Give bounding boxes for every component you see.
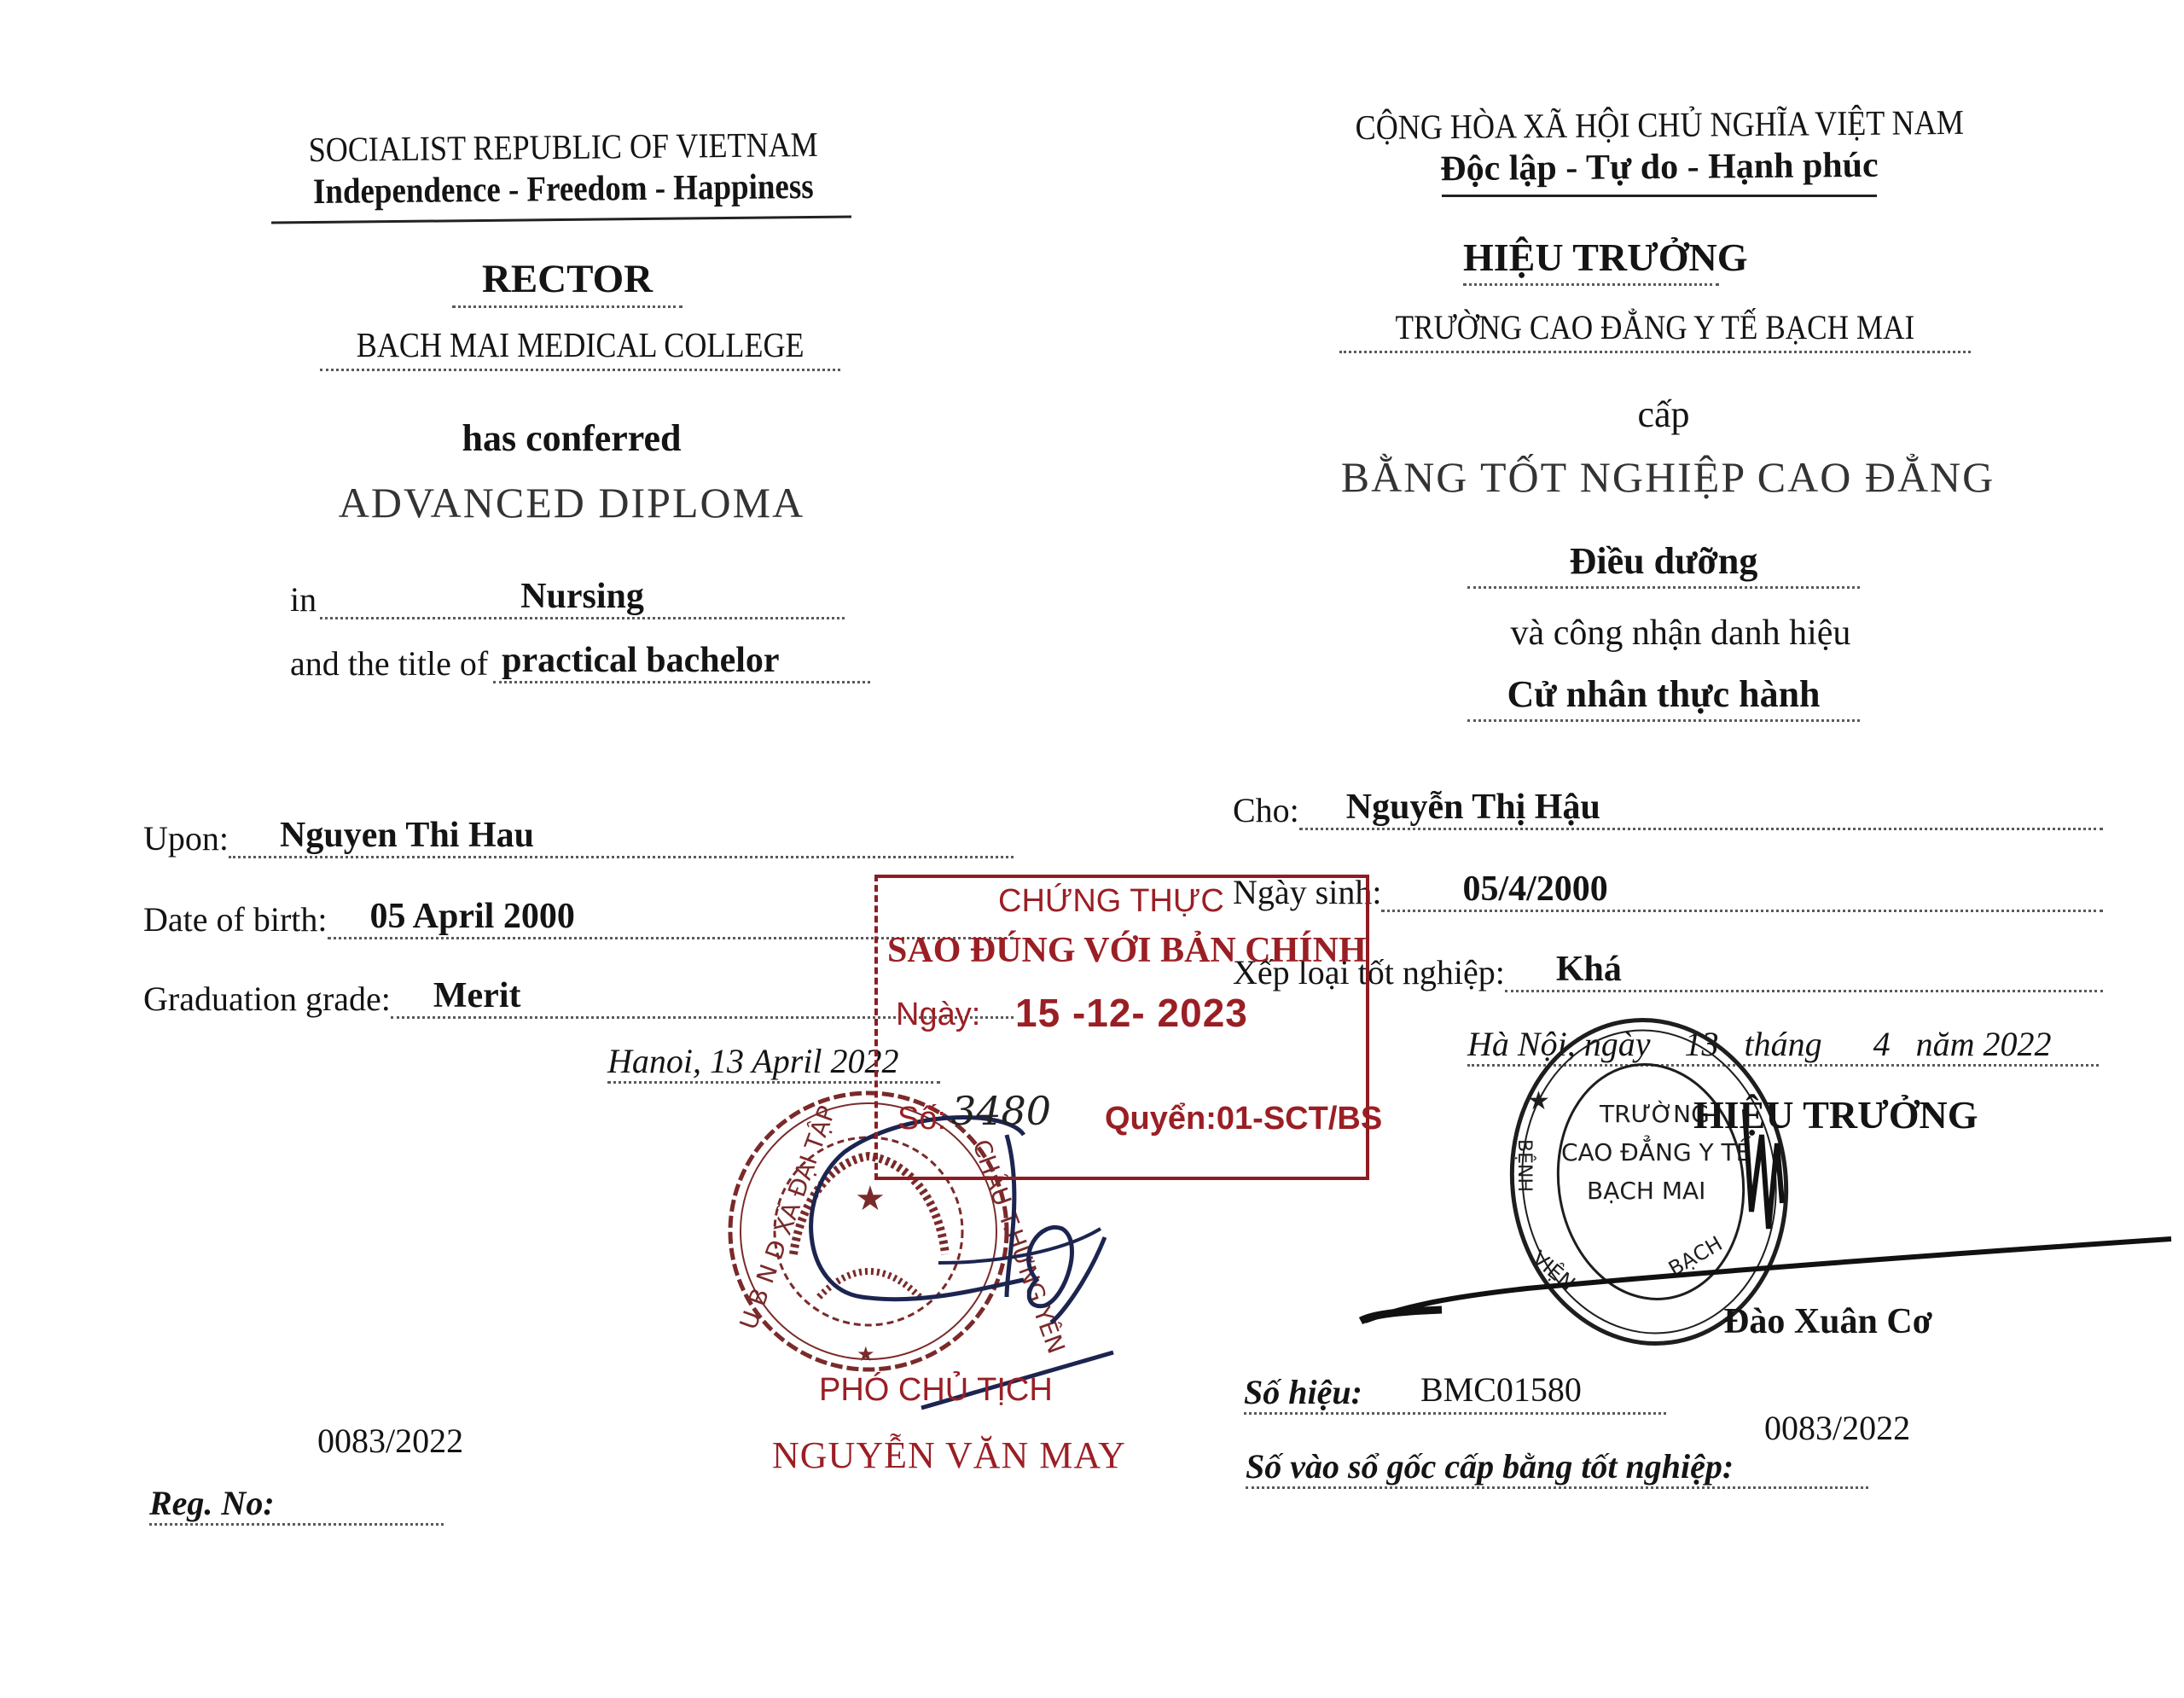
stamp-heading: CHỨNG THỰC	[998, 883, 1224, 920]
stamp-book-label: Quyển:	[1105, 1101, 1217, 1137]
stamp-subheading: SAO ĐÚNG VỚI BẢN CHÍNH	[887, 930, 1367, 971]
stamp-book: Quyển:01-SCT/BS	[1105, 1101, 1382, 1137]
emblem-star-icon: ★	[855, 1179, 886, 1218]
svg-text:★: ★	[857, 1342, 875, 1366]
svg-text:U B N D XÃ ĐẠI TẬP: U B N D XÃ ĐẠI TẬP	[734, 1102, 841, 1333]
vice-chair-name: NGUYỄN VĂN MAY	[772, 1433, 1126, 1477]
vice-chair-title: PHÓ CHỦ TỊCH	[819, 1372, 1053, 1409]
stamp-number: 3480	[951, 1088, 1051, 1134]
stamp-book-value: 01-SCT/BS	[1217, 1101, 1382, 1137]
stamp-date: 15 -12- 2023	[1015, 990, 1248, 1036]
stamp-number-label: Số:	[897, 1101, 946, 1137]
stamp-date-label: Ngày:	[896, 997, 980, 1033]
